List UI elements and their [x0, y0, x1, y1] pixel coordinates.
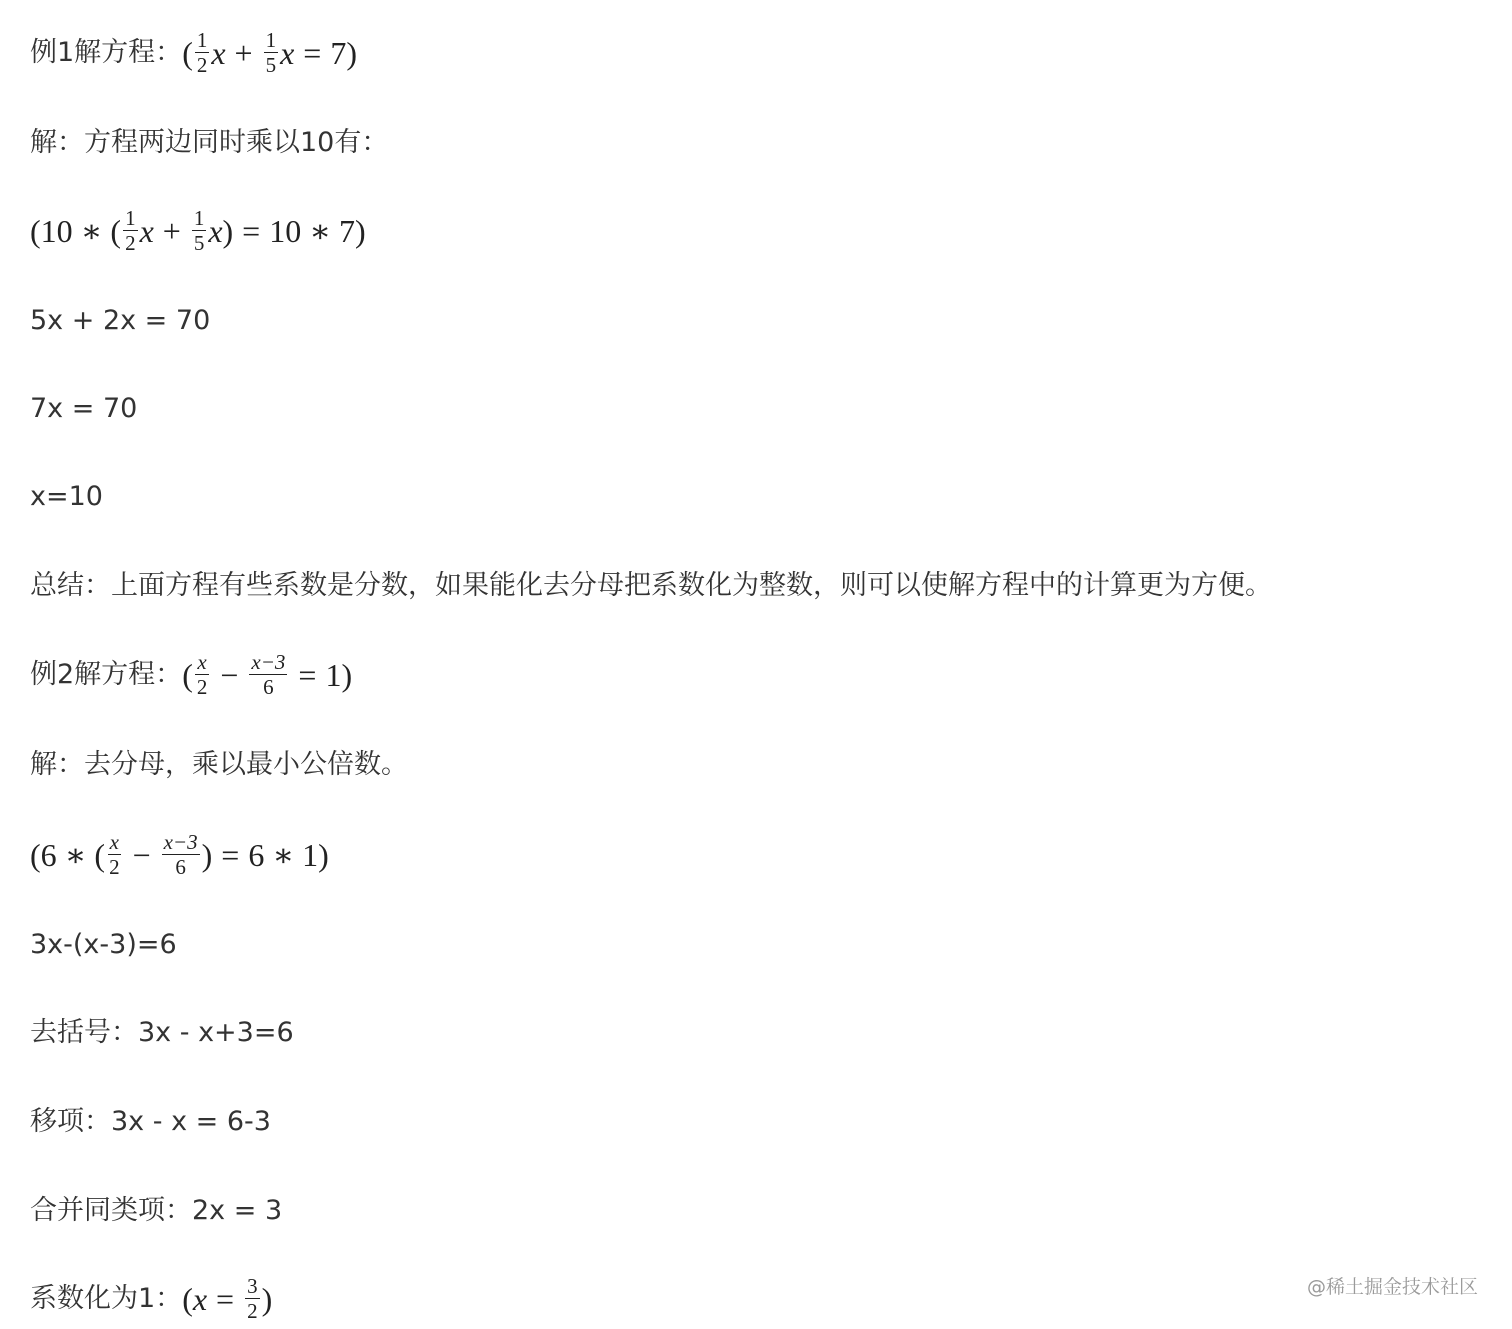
example2-multiplied-equation: (6 ∗ ( x2 − x−36 ) = 6 ∗ 1): [30, 835, 329, 875]
fraction: x2: [107, 832, 122, 878]
example1-label: 例1解方程：: [30, 33, 182, 73]
example2-step: 移项：3x - x = 6-3: [30, 1102, 271, 1142]
summary-paragraph: 总结：上面方程有些系数是分数，如果能化去分母把系数化为整数，则可以使解方程中的计…: [30, 566, 1272, 606]
example2-step: 合并同类项：2x = 3: [30, 1191, 282, 1231]
fraction: 12: [195, 30, 210, 76]
fraction: 15: [264, 30, 279, 76]
example1-step: 5x + 2x = 70: [30, 301, 210, 341]
fraction: 32: [245, 1276, 260, 1322]
example1-title: 例1解方程： ( 12 x + 15 x = 7 ): [30, 33, 357, 73]
fraction: x−36: [162, 832, 200, 878]
example1-solution-intro: 解：方程两边同时乘以10有：: [30, 123, 388, 163]
example1-step: x=10: [30, 477, 103, 517]
example2-step: 去括号：3x - x+3=6: [30, 1013, 294, 1053]
fraction: 15: [192, 208, 207, 254]
example2-label: 例2解方程：: [30, 655, 182, 695]
watermark: @稀土掘金技术社区: [1307, 1272, 1478, 1299]
fraction: x2: [195, 652, 210, 698]
example2-final: 系数化为1： ( x = 32 ): [30, 1279, 272, 1319]
example2-step: 3x-(x-3)=6: [30, 925, 177, 965]
example2-solution-intro: 解：去分母，乘以最小公倍数。: [30, 745, 408, 785]
example1-step: 7x = 70: [30, 389, 137, 429]
example2-equation: ( x2 − x−36 = 1 ): [182, 652, 352, 698]
example1-multiplied-equation: (10 ∗ ( 12 x + 15 x ) = 10 ∗ 7): [30, 211, 366, 251]
example2-title: 例2解方程： ( x2 − x−36 = 1 ): [30, 655, 352, 695]
example1-equation: ( 12 x + 15 x = 7 ): [182, 30, 357, 76]
fraction: 12: [123, 208, 138, 254]
fraction: x−36: [249, 652, 287, 698]
